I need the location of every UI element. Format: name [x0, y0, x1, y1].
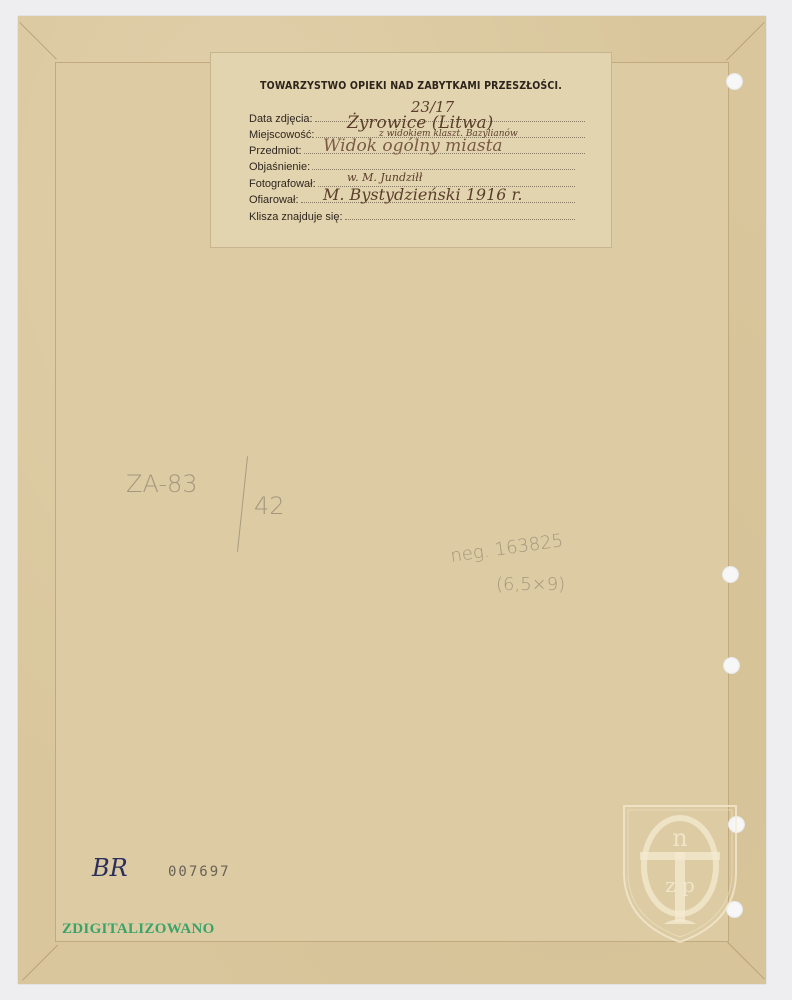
- corner-fold-bottom-left: [22, 945, 58, 981]
- corner-fold-top-right: [726, 22, 765, 61]
- pencil-reference: ZA-83: [126, 470, 198, 498]
- handwritten-donor: M. Bystydzieński 1916 r.: [323, 185, 522, 204]
- society-label-card: TOWARZYSTWO OPIEKI NAD ZABYTKAMI PRZESZŁ…: [210, 52, 612, 248]
- field-label: Miejscowość:: [249, 129, 314, 141]
- punch-hole: [726, 73, 743, 90]
- field-plate-location: Klisza znajduje się:: [249, 207, 575, 223]
- punch-hole: [723, 657, 740, 674]
- digitized-stamp: ZDIGITALIZOWANO: [62, 921, 215, 938]
- field-label: Ofiarował:: [249, 194, 299, 206]
- corner-fold-bottom-right: [727, 942, 764, 979]
- field-label: Data zdjęcia:: [249, 113, 313, 125]
- punch-hole: [722, 566, 739, 583]
- society-emblem-watermark-icon: n z p: [620, 802, 740, 946]
- svg-text:z p: z p: [665, 873, 695, 897]
- handwritten-photographer: w. M. Jundziłł: [347, 171, 422, 184]
- handwritten-subject: Widok ogólny miasta: [323, 136, 503, 156]
- corner-fold-top-left: [19, 22, 56, 59]
- svg-text:n: n: [672, 824, 687, 852]
- negative-size: (6,5×9): [496, 574, 565, 595]
- label-title: TOWARZYSTWO OPIEKI NAD ZABYTKAMI PRZESZŁ…: [239, 79, 583, 92]
- stamped-inventory-number: 007697: [168, 864, 231, 880]
- field-label: Klisza znajduje się:: [249, 211, 343, 223]
- field-label: Objaśnienie:: [249, 161, 310, 173]
- field-label: Fotografował:: [249, 178, 316, 190]
- pencil-fraction: 42: [254, 492, 285, 520]
- initials-ink: BR: [92, 854, 128, 882]
- field-label: Przedmiot:: [249, 145, 302, 157]
